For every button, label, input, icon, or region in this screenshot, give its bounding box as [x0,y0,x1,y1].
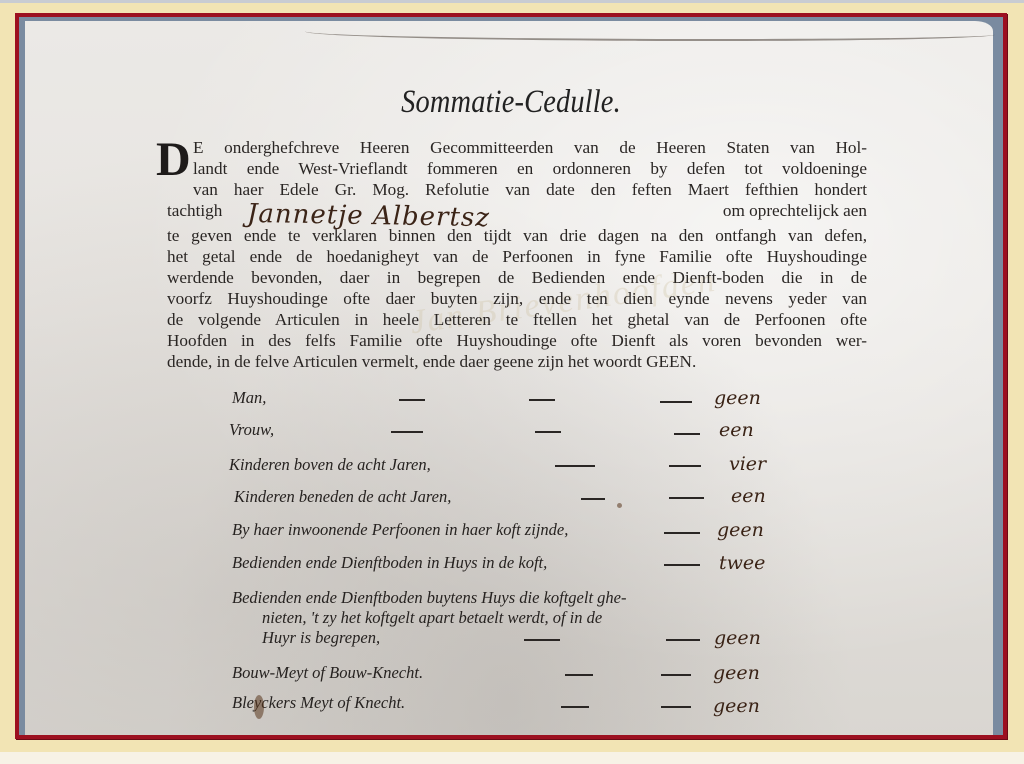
paragraph-line: Hoofden in des felfs Familie ofte Huysho… [167,330,867,351]
image-frame: Sommatie-Cedulle. Jan Brievenhoofden D E… [15,13,1007,739]
paragraph-line: om oprechtelijck aen [723,200,867,221]
ink-dot [617,503,622,508]
dash [581,498,605,500]
article-value: een [731,485,766,507]
article-label: Bedienden ende Dienftboden buytens Huys … [232,588,627,608]
paragraph-line: voorfz Huyshoudinge ofte daer buyten zij… [167,288,867,309]
article-value: vier [729,453,766,475]
article-label: Huyr is begrepen, [262,628,380,648]
handwritten-name: Jannetje Albertsz [247,199,491,233]
dash [674,433,700,435]
document-title: Sommatie-Cedulle. [88,84,934,121]
dash [555,465,595,467]
dash [529,399,555,401]
dash [669,465,701,467]
dash [561,706,589,708]
paragraph-line: tachtigh [167,201,222,220]
paragraph-line: de volgende Articulen in heele Letteren … [167,309,867,330]
article-value: geen [717,519,764,541]
article-label: Man, [232,388,266,408]
bottom-strip [0,752,1024,764]
paragraph-line: werdende bevonden, daer in begrepen de B… [167,267,867,288]
ink-stain [254,695,264,719]
paragraph-line: dende, in de felve Articulen vermelt, en… [167,351,867,372]
paragraph: E onderghefchreve Heeren Gecommitteerden… [167,137,867,372]
article-value: twee [719,552,765,574]
article-value: geen [714,387,761,409]
article-label: Vrouw, [229,420,274,440]
article-label: Kinderen boven de acht Jaren, [229,455,431,475]
article-label: Kinderen beneden de acht Jaren, [234,487,451,507]
dash [664,532,700,534]
article-value: geen [714,627,761,649]
torn-edge [305,25,995,41]
dash [664,564,700,566]
paragraph-line: landt ende West-Vrieflandt fommeren en o… [167,158,867,179]
dash [669,497,704,499]
dash [565,674,593,676]
article-label: By haer inwoonende Perfoonen in haer kof… [232,520,568,540]
article-label: nieten, 't zy het koftgelt apart betaelt… [262,608,602,628]
article-value: geen [713,662,760,684]
dash [535,431,561,433]
paragraph-line: E onderghefchreve Heeren Gecommitteerden… [167,137,867,158]
dash [661,674,691,676]
dash [661,706,691,708]
document-paper [25,21,993,739]
paragraph-line: van haer Edele Gr. Mog. Refolutie van da… [167,179,867,200]
article-value: geen [713,695,760,717]
dash [399,399,425,401]
dash [391,431,423,433]
dash [666,639,700,641]
article-label: Bouw-Meyt of Bouw-Knecht. [232,663,423,683]
article-value: een [719,419,754,441]
top-strip [0,0,1024,3]
article-label: Bedienden ende Dienftboden in Huys in de… [232,553,547,573]
dash [524,639,560,641]
paragraph-line: het getal ende de hoedanigheyt van de Pe… [167,246,867,267]
dash [660,401,692,403]
